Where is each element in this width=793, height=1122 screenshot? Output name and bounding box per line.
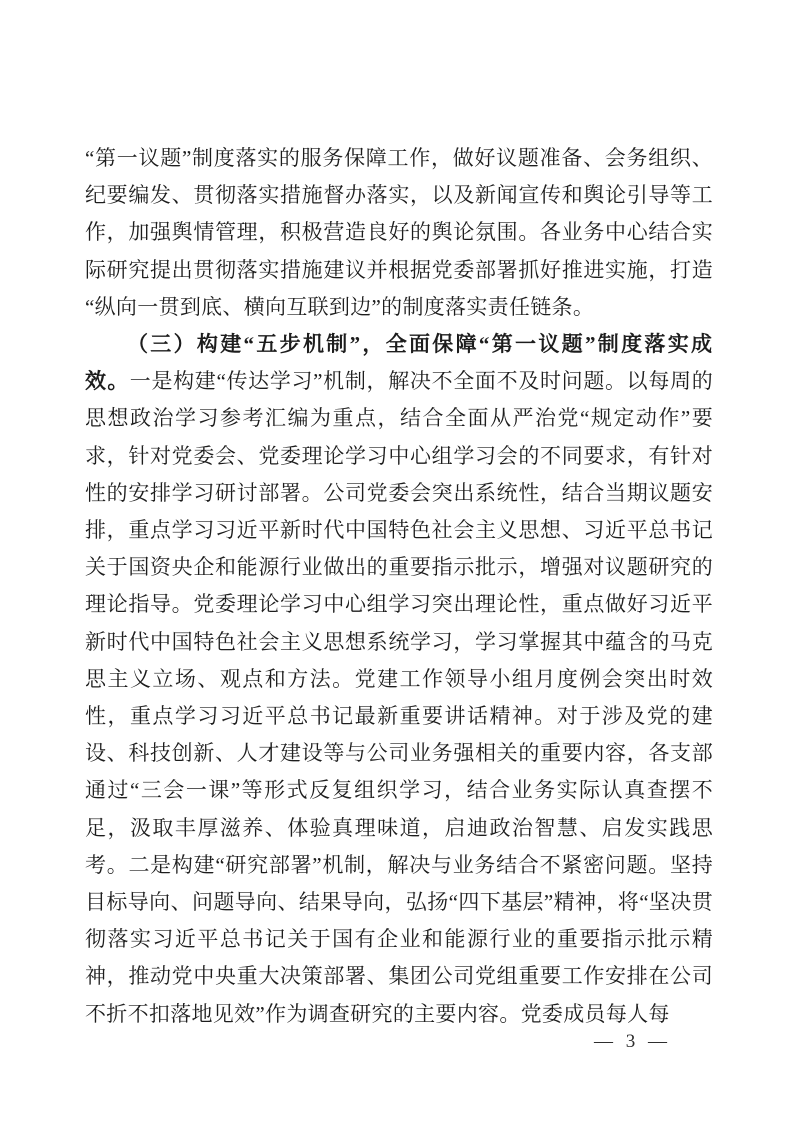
text-block: “第一议题”制度落实的服务保障工作，做好议题准备、会务组织、纪要编发、贯彻落实措… — [85, 140, 713, 1033]
paragraph-section-three: （三）构建“五步机制”，全面保障“第一议题”制度落实成效。一是构建“传达学习”机… — [85, 326, 713, 1033]
document-page: “第一议题”制度落实的服务保障工作，做好议题准备、会务组织、纪要编发、贯彻落实措… — [0, 0, 793, 1122]
paragraph-continuation: “第一议题”制度落实的服务保障工作，做好议题准备、会务组织、纪要编发、贯彻落实措… — [85, 140, 713, 326]
body-text-segment: 一是构建“传达学习”机制，解决不全面不及时问题。以每周的思想政治学习参考汇编为重… — [85, 369, 713, 1025]
body-text-segment: “第一议题”制度落实的服务保障工作，做好议题准备、会务组织、纪要编发、贯彻落实措… — [85, 146, 713, 319]
page-number: — 3 — — [594, 1030, 671, 1054]
